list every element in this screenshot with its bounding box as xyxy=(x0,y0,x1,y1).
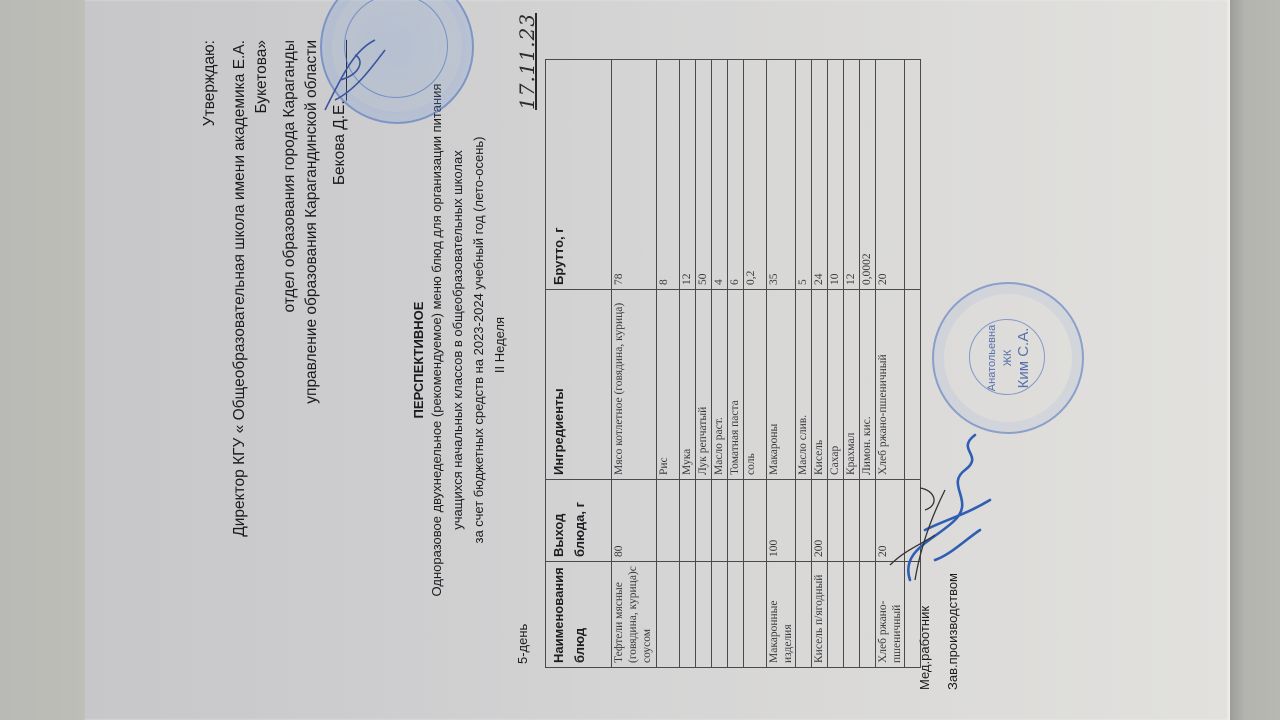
title-line-2: учащихся начальных классов в общеобразов… xyxy=(450,0,465,700)
production-head-label: Зав.производством xyxy=(945,573,960,690)
cell-dish xyxy=(657,562,680,668)
background-right xyxy=(1230,0,1280,720)
cell-gross: 6 xyxy=(728,60,744,290)
table-row: Масло раст.4 xyxy=(712,60,728,668)
cell-gross: 78 xyxy=(612,60,657,290)
cell-output xyxy=(796,480,812,562)
cell-ingredient: Хлеб ржано-пшеничный xyxy=(876,290,905,480)
cell-output xyxy=(844,480,860,562)
stamp-inner-ring xyxy=(344,0,448,98)
cell-gross: 0,2 xyxy=(744,60,767,290)
signatory-name: Бекова Д.Е. xyxy=(331,100,348,185)
cell-output xyxy=(828,480,844,562)
cell-dish: Тефтели мясные (говядина, курица)с соусо… xyxy=(612,562,657,668)
handwritten-date: 17.11.23 xyxy=(515,13,539,110)
cell-output xyxy=(657,480,680,562)
week-label: II Неделя xyxy=(492,0,507,705)
cell-gross: 12 xyxy=(844,60,860,290)
cell-output: 200 xyxy=(812,480,828,562)
cell-gross: 24 xyxy=(812,60,828,290)
cell-dish xyxy=(728,562,744,668)
school-name-tail: Букетова» xyxy=(253,40,271,114)
cell-gross: 4 xyxy=(712,60,728,290)
day-label: 5-день xyxy=(515,624,530,664)
stamp-owner: Ким С.А. xyxy=(1015,328,1032,389)
cell-dish xyxy=(844,562,860,668)
table-row: Лимон. кис.0,0002 xyxy=(860,60,876,668)
cell-ingredient: Лук репчатый xyxy=(696,290,712,480)
cell-gross: 0,0002 xyxy=(860,60,876,290)
cell-dish xyxy=(796,562,812,668)
cell-ingredient: Мука xyxy=(680,290,696,480)
cell-gross: 50 xyxy=(696,60,712,290)
cell-ingredient: Масло слив. xyxy=(796,290,812,480)
cell-ingredient: Масло раст. xyxy=(712,290,728,480)
table-row: соль0,2 xyxy=(744,60,767,668)
cell-gross: 10 xyxy=(828,60,844,290)
cell-dish xyxy=(860,562,876,668)
document-sheet: Утверждаю: Директор КГУ « Общеобразовате… xyxy=(85,0,1230,720)
department-line: отдел образования города Караганды xyxy=(281,40,299,312)
table-row: Макаронные изделия100Макароны35 xyxy=(767,60,796,668)
title-line-3: за счет бюджетных средств на 2023-2024 у… xyxy=(471,0,486,700)
cell-ingredient: Томатная паста xyxy=(728,290,744,480)
cell-ingredient: соль xyxy=(744,290,767,480)
cell-gross: 20 xyxy=(876,60,905,290)
cell-ingredient: Мясо котлетное (говядина, курица) xyxy=(612,290,657,480)
header-dish: Наименования блюд xyxy=(546,562,612,668)
cell-ingredient: Макароны xyxy=(767,290,796,480)
cell-gross: 12 xyxy=(680,60,696,290)
administration-line: управление образования Карагандинской об… xyxy=(303,40,321,404)
cell-dish xyxy=(696,562,712,668)
cell-dish xyxy=(680,562,696,668)
menu-table: Наименования блюд Выход блюда, г Ингреди… xyxy=(545,59,921,668)
header-ingredients: Ингредиенты xyxy=(546,290,612,480)
cell-gross: 35 xyxy=(767,60,796,290)
cell-gross: 8 xyxy=(657,60,680,290)
table-row: Кисель п/ягодный200Кисель24 xyxy=(812,60,828,668)
cell-dish: Кисель п/ягодный xyxy=(812,562,828,668)
cell-ingredient: Лимон. кис. xyxy=(860,290,876,480)
cell-output xyxy=(860,480,876,562)
cell-gross xyxy=(905,60,921,290)
header-gross: Брутто, г xyxy=(546,60,612,290)
cell-ingredient xyxy=(905,290,921,480)
official-stamp-bottom: Анатольевна ЖК Ким С.А. xyxy=(932,282,1084,434)
cell-output xyxy=(905,480,921,562)
cell-output xyxy=(744,480,767,562)
cell-output xyxy=(680,480,696,562)
cell-ingredient: Сахар xyxy=(828,290,844,480)
table-row: Мука12 xyxy=(680,60,696,668)
table-row xyxy=(905,60,921,668)
approve-label: Утверждаю: xyxy=(201,40,219,126)
cell-dish: Хлеб ржано-пшеничный xyxy=(876,562,905,668)
table-header-row: Наименования блюд Выход блюда, г Ингреди… xyxy=(546,60,612,668)
medic-label: Мед.работник xyxy=(917,606,932,690)
cell-dish xyxy=(828,562,844,668)
table-row: Томатная паста6 xyxy=(728,60,744,668)
cell-dish: Макаронные изделия xyxy=(767,562,796,668)
cell-output xyxy=(728,480,744,562)
cell-gross: 5 xyxy=(796,60,812,290)
table-row: Хлеб ржано-пшеничный20Хлеб ржано-пшеничн… xyxy=(876,60,905,668)
table-row: Сахар10 xyxy=(828,60,844,668)
cell-output xyxy=(696,480,712,562)
table-row: Рис8 xyxy=(657,60,680,668)
cell-ingredient: Крахмал xyxy=(844,290,860,480)
stamp-prefix: ЖК xyxy=(1000,325,1016,391)
cell-ingredient: Кисель xyxy=(812,290,828,480)
cell-dish xyxy=(744,562,767,668)
cell-ingredient: Рис xyxy=(657,290,680,480)
table-row: Тефтели мясные (говядина, курица)с соусо… xyxy=(612,60,657,668)
table-row: Крахмал12 xyxy=(844,60,860,668)
stamp-text: Анатольевна ЖК Ким С.А. xyxy=(984,325,1032,391)
stamp-ring-text: Анатольевна xyxy=(984,325,1000,391)
header-output: Выход блюда, г xyxy=(546,480,612,562)
cell-output: 80 xyxy=(612,480,657,562)
cell-dish xyxy=(712,562,728,668)
cell-output xyxy=(712,480,728,562)
table-row: Лук репчатый50 xyxy=(696,60,712,668)
cell-output: 20 xyxy=(876,480,905,562)
table-body: Тефтели мясные (говядина, курица)с соусо… xyxy=(612,60,921,668)
director-line: Директор КГУ « Общеобразовательная школа… xyxy=(231,40,249,537)
cell-output: 100 xyxy=(767,480,796,562)
table-row: Масло слив.5 xyxy=(796,60,812,668)
